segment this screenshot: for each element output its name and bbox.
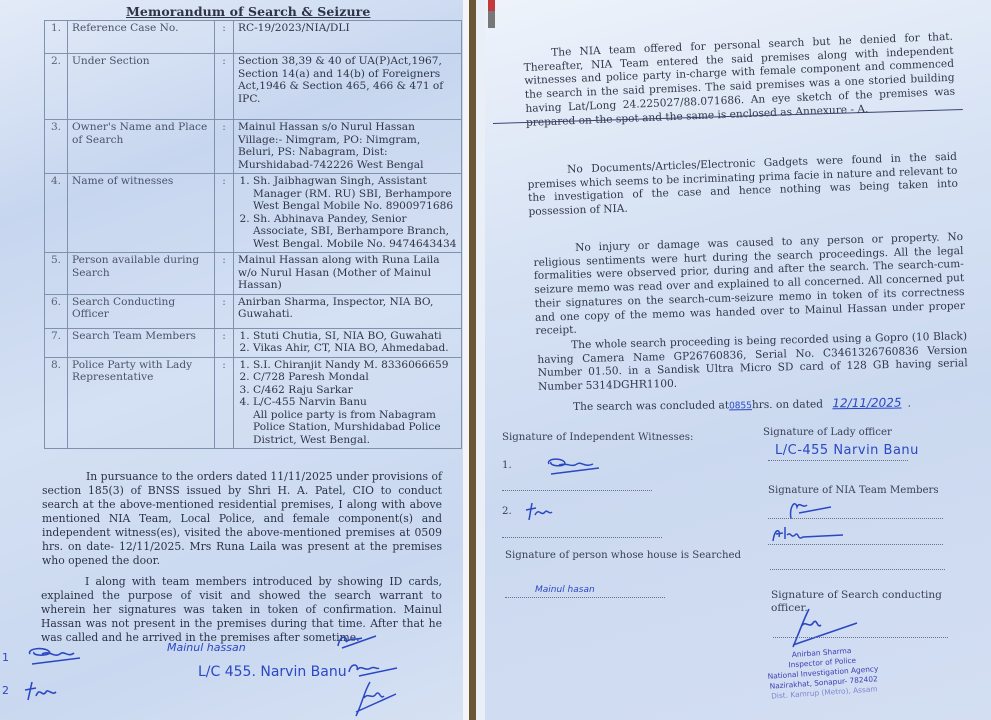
- police-item: C/462 Raju Sarkar: [253, 384, 457, 397]
- paragraph-orders: In pursuance to the orders dated 11/11/2…: [42, 470, 442, 568]
- table-row: 1. Reference Case No. : RC-19/2023/NIA/D…: [45, 21, 462, 54]
- police-item: L/C-455 Narvin Banu: [253, 396, 457, 409]
- row-value: S.I. Chiranjit Nandy M. 8336066659 C/728…: [234, 357, 462, 449]
- officer-stamp: Anirban Sharma Inspector of Police Natio…: [756, 644, 889, 703]
- signature-line: [505, 597, 665, 598]
- memo-title: Memorandum of Search & Seizure: [126, 4, 370, 19]
- row-separator: :: [215, 120, 234, 174]
- paragraph-text: No Documents/Articles/Electronic Gadgets…: [527, 151, 958, 218]
- witness-2-mark: 2.: [502, 506, 512, 517]
- row-value: Sh. Jaibhagwan Singh, Assistant Manager …: [234, 174, 462, 253]
- row-label: Search Conducting Officer: [68, 294, 215, 328]
- row-label: Person available during Search: [68, 253, 215, 295]
- signature-line: [768, 518, 943, 519]
- paragraph-no-documents: No Documents/Articles/Electronic Gadgets…: [527, 151, 959, 220]
- paragraph-introduction: I along with team members introduced by …: [41, 575, 442, 645]
- lady-officer-handwritten-name: L/C 455. Narvin Banu: [198, 664, 347, 680]
- row-number: 6.: [45, 294, 68, 328]
- memo-page-1: Memorandum of Search & Seizure 1. Refere…: [0, 0, 463, 720]
- row-value: Mainul Hassan s/o Nurul Hassan Village:-…: [234, 120, 462, 174]
- paragraph-recording: The whole search proceeding is being rec…: [537, 330, 968, 395]
- row-value: Stuti Chutia, SI, NIA BO, Guwahati Vikas…: [234, 328, 462, 357]
- row-separator: :: [215, 21, 234, 54]
- independent-witness-2-signature: [523, 500, 557, 522]
- margin-mark: 1: [2, 651, 9, 664]
- row-separator: :: [215, 294, 234, 328]
- table-row: 8. Police Party with Lady Representative…: [45, 357, 462, 449]
- conclusion-line: The search was concluded at0855hrs. on d…: [573, 396, 973, 416]
- table-row: 2. Under Section : Section 38,39 & 40 of…: [45, 54, 462, 120]
- row-label: Under Section: [68, 54, 215, 120]
- row-value: RC-19/2023/NIA/DLI: [234, 21, 462, 54]
- nia-team-member-2-signature: [769, 523, 849, 545]
- witness-item: Sh. Abhinava Pandey, Senior Associate, S…: [253, 213, 457, 251]
- row-number: 1.: [45, 21, 68, 54]
- row-label: Owner's Name and Place of Search: [68, 120, 215, 174]
- row-value: Mainul Hassan along with Runa Laila w/o …: [234, 253, 462, 295]
- team-member-signature: [332, 630, 380, 652]
- signature-line: [502, 490, 652, 491]
- witness-2-signature: [22, 678, 62, 704]
- conclusion-prefix: The search was concluded at: [573, 399, 729, 413]
- conclusion-middle: hrs. on dated: [752, 398, 823, 411]
- police-item: S.I. Chiranjit Nandy M. 8336066659: [253, 359, 457, 372]
- witness-1-mark: 1.: [502, 460, 512, 471]
- conclusion-date: 12/11/2025: [826, 395, 907, 410]
- witness-1-signature: [24, 644, 84, 670]
- label-independent-witnesses: Signature of Independent Witnesses:: [502, 432, 693, 443]
- row-number: 4.: [45, 174, 68, 253]
- team-member-item: Stuti Chutia, SI, NIA BO, Guwahati: [253, 330, 457, 343]
- row-number: 8.: [45, 357, 68, 449]
- row-value: Anirban Sharma, Inspector, NIA BO, Guwah…: [234, 294, 462, 328]
- margin-mark: 2: [2, 684, 9, 697]
- witness-item: Sh. Jaibhagwan Singh, Assistant Manager …: [253, 175, 457, 213]
- signature-line: [770, 569, 945, 570]
- label-nia-team-signature: Signature of NIA Team Members: [768, 485, 939, 496]
- row-separator: :: [215, 54, 234, 120]
- independent-witness-1-signature: [543, 456, 603, 478]
- signature-line: [502, 537, 662, 538]
- paragraph-text: In pursuance to the orders dated 11/11/2…: [42, 470, 442, 567]
- owner-handwritten-name: Mainul hassan: [167, 641, 246, 654]
- paragraph-text: I along with team members introduced by …: [41, 575, 442, 644]
- row-number: 5.: [45, 253, 68, 295]
- row-number: 7.: [45, 328, 68, 357]
- paragraph-text: The NIA team offered for personal search…: [524, 31, 956, 129]
- team-member-signature: [345, 656, 401, 680]
- label-house-owner-signature: Signature of person whose house is Searc…: [505, 550, 741, 561]
- row-value: Section 38,39 & 40 of UA(P)Act,1967, Sec…: [234, 54, 462, 120]
- row-label: Search Team Members: [68, 328, 215, 357]
- police-item: C/728 Paresh Mondal: [253, 371, 457, 384]
- signature-line: [773, 637, 948, 638]
- row-label: Police Party with Lady Representative: [68, 357, 215, 449]
- paragraph-text: The whole search proceeding is being rec…: [537, 330, 967, 393]
- table-row: 3. Owner's Name and Place of Search : Ma…: [45, 120, 462, 174]
- paragraph-no-injury: No injury or damage was caused to any pe…: [533, 231, 966, 339]
- house-owner-handwritten-name: Mainul hasan: [535, 585, 595, 595]
- team-member-item: Vikas Ahir, CT, NIA BO, Ahmedabad.: [253, 342, 457, 355]
- signature-line: [768, 460, 908, 461]
- row-separator: :: [215, 328, 234, 357]
- table-row: 6. Search Conducting Officer : Anirban S…: [45, 294, 462, 328]
- row-number: 2.: [45, 54, 68, 120]
- paragraph-text: No injury or damage was caused to any pe…: [533, 231, 965, 337]
- lady-officer-handwritten-name: L/C-455 Narvin Banu: [775, 443, 919, 458]
- row-separator: :: [215, 174, 234, 253]
- conducting-officer-signature: [350, 678, 400, 720]
- conducting-officer-signature: [785, 605, 865, 651]
- table-row: 5. Person available during Search : Main…: [45, 253, 462, 295]
- label-lady-officer-signature: Signature of Lady officer: [763, 427, 892, 438]
- page-gap: [463, 0, 485, 720]
- background-flag: [488, 0, 495, 28]
- row-number: 3.: [45, 120, 68, 174]
- police-note: All police party is from Nabagram Police…: [238, 409, 457, 447]
- row-separator: :: [215, 253, 234, 295]
- row-label: Name of witnesses: [68, 174, 215, 253]
- table-row: 4. Name of witnesses : Sh. Jaibhagwan Si…: [45, 174, 462, 253]
- table-row: 7. Search Team Members : Stuti Chutia, S…: [45, 328, 462, 357]
- row-separator: :: [215, 357, 234, 449]
- row-label: Reference Case No.: [68, 21, 215, 54]
- memo-details-table: 1. Reference Case No. : RC-19/2023/NIA/D…: [44, 20, 462, 449]
- memo-page-2: The NIA team offered for personal search…: [485, 0, 991, 720]
- signature-line: [768, 544, 943, 545]
- conclusion-suffix: .: [907, 397, 911, 409]
- conclusion-time: 0855: [729, 401, 752, 411]
